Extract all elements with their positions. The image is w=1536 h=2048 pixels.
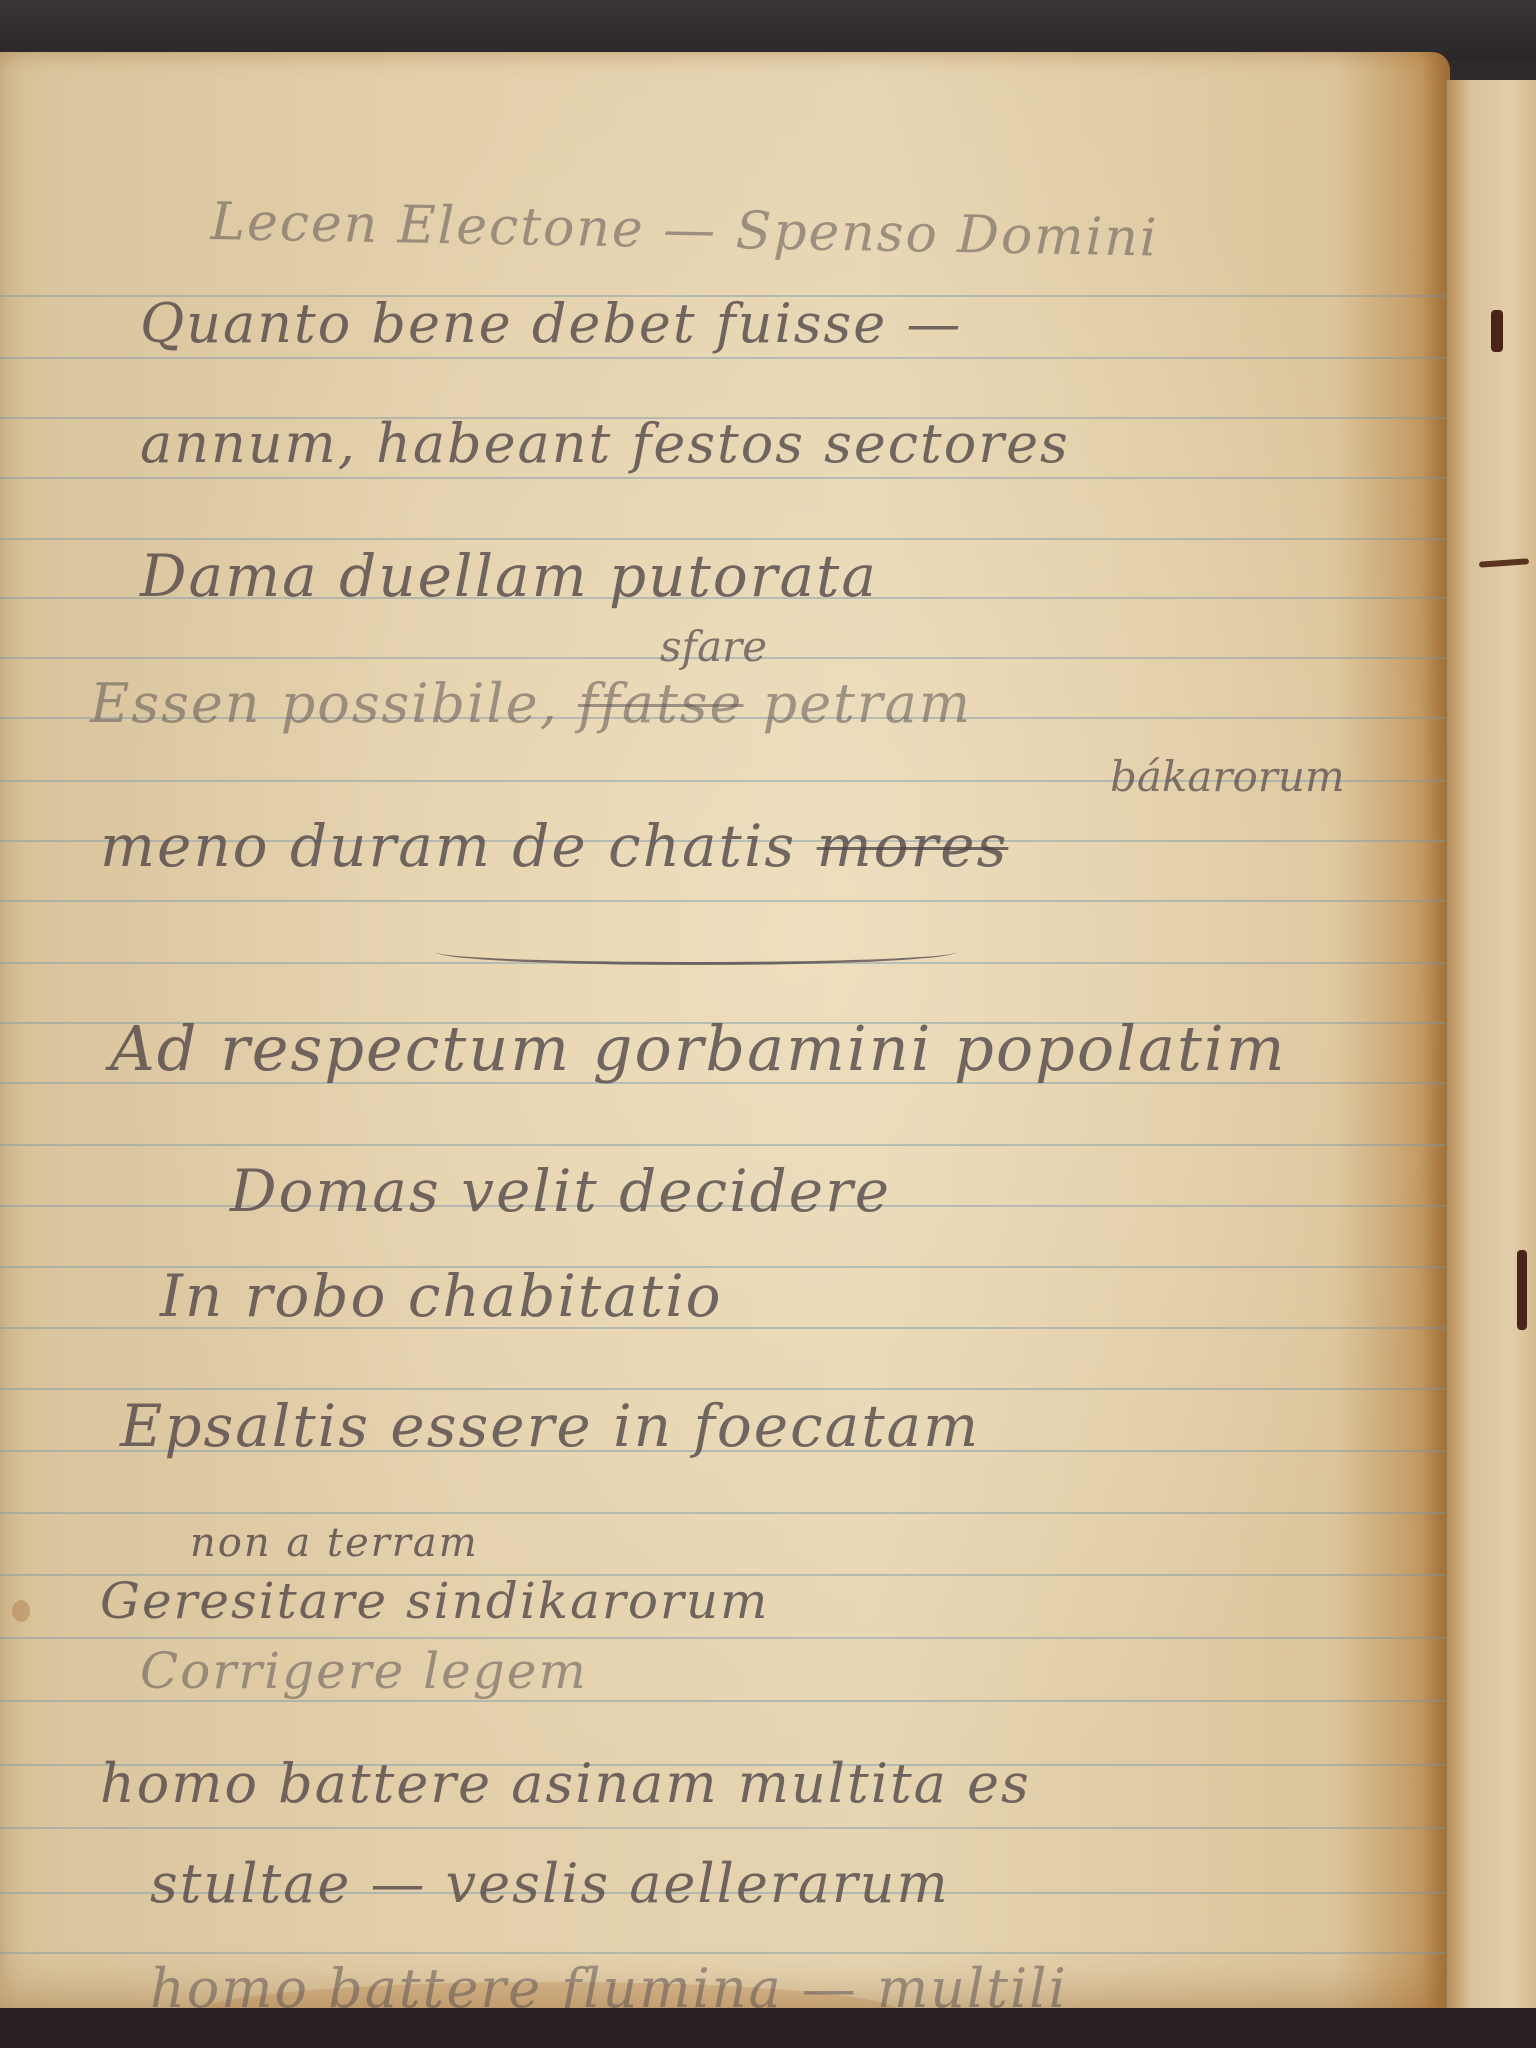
ruled-line [0, 538, 1450, 540]
line-5-text: Essen possibile, [90, 672, 559, 735]
handwritten-line-12: Geresitare sindikarorum [100, 1572, 769, 1630]
background-top [0, 0, 1536, 60]
handwritten-line-1: Lecen Electone — Spenso Domini [210, 192, 1159, 269]
tear-mark [1479, 558, 1529, 567]
ruled-line [0, 1144, 1450, 1146]
handwritten-line-8: Domas velit decidere [230, 1157, 891, 1225]
ruled-line [0, 1637, 1450, 1639]
struck-word: ffatse [578, 672, 744, 735]
insertion-above-line-6: bákarorum [1110, 752, 1345, 801]
ruled-line [0, 357, 1450, 359]
handwritten-line-5: Essen possibile, ffatse petram [90, 672, 972, 735]
stain [12, 1600, 30, 1622]
handwritten-line-14: homo battere asinam multita es [100, 1752, 1031, 1815]
background-bottom [0, 2008, 1536, 2048]
notebook-page: Lecen Electone — Spenso Domini Quanto be… [0, 52, 1450, 2020]
ruled-line [0, 1827, 1450, 1829]
handwritten-line-4: Dama duellam putorata [140, 542, 878, 610]
tear-mark [1517, 1250, 1527, 1330]
ruled-line [0, 1952, 1450, 1954]
handwritten-line-11: non a terram [190, 1520, 479, 1566]
handwritten-line-7: Ad respectum gorbamini popolatim [110, 1012, 1287, 1085]
handwritten-line-13: Corrigere legem [140, 1642, 588, 1700]
handwritten-line-2: Quanto bene debet fuisse — [140, 292, 962, 355]
insertion-above-line-5: sfare [660, 622, 767, 671]
ruled-line [0, 1700, 1450, 1702]
tear-mark [1491, 310, 1503, 352]
struck-word: mores [817, 812, 1009, 880]
line-5-after: petram [763, 672, 972, 735]
handwritten-line-9: In robo chabitatio [160, 1262, 723, 1330]
handwritten-line-6: meno duram de chatis mores [100, 812, 1008, 880]
ruled-line [0, 1512, 1450, 1514]
handwritten-line-15: stultae — veslis aellerarum [150, 1852, 950, 1915]
ruled-line [0, 1388, 1450, 1390]
ruled-line [0, 900, 1450, 902]
ruled-line [0, 477, 1450, 479]
handwritten-line-10: Epsaltis essere in foecatam [120, 1392, 980, 1460]
handwritten-line-3: annum, habeant festos sectores [140, 412, 1070, 475]
line-6-text: meno duram de chatis [100, 812, 796, 880]
adjacent-page-edge [1445, 80, 1536, 2040]
